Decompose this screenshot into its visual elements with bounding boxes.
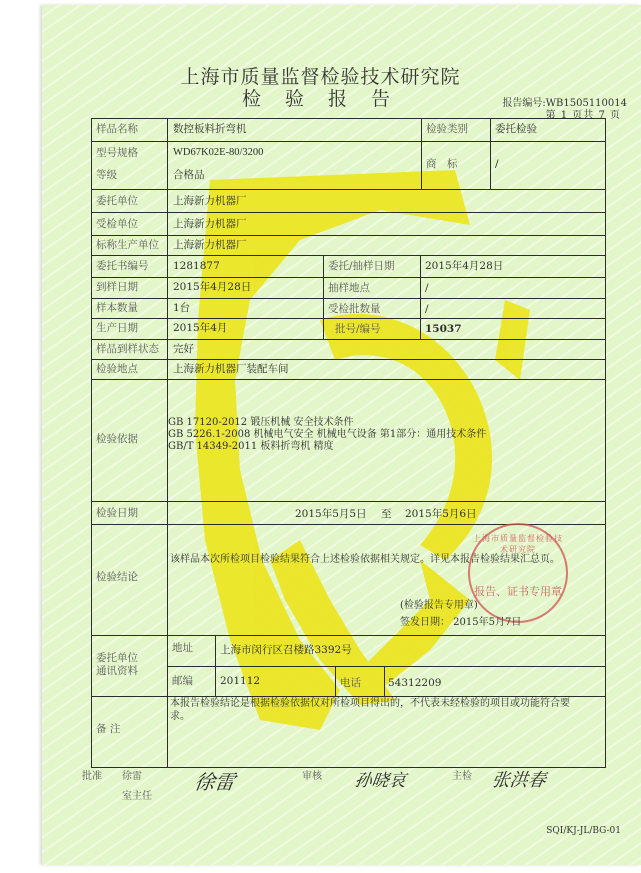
grade-label: 等级 <box>96 168 117 182</box>
review-label: 审核 <box>302 770 322 784</box>
inspected-unit-value: 上海新力机器厂 <box>173 217 247 231</box>
batch-qty-label: 受检批数量 <box>328 302 381 316</box>
sample-state-label: 样品到样状态 <box>96 342 159 356</box>
commission-no-label: 委托书编号 <box>96 259 149 273</box>
official-seal: 上海市质量监督检验技术研究院 报告、证书专用章 <box>468 523 568 623</box>
seal-center-text: 报告、证书专用章 <box>470 583 566 599</box>
remarks-text-2: 求。 <box>170 710 190 724</box>
test-date-label: 检验日期 <box>96 506 138 520</box>
manufacturer-label: 标称生产单位 <box>96 238 159 252</box>
reviewer-signature: 孙晓哀 <box>353 766 408 791</box>
test-date-from: 2015年5月5日 <box>295 507 367 521</box>
location-label: 检验地点 <box>96 362 138 376</box>
basis-item: GB 5226.1-2008 机械电气安全 机械电气设备 第1部分：通用技术条件 <box>168 429 486 441</box>
contact-label-1: 委托单位 <box>96 651 138 665</box>
approver-title: 室主任 <box>122 790 152 804</box>
sample-name-value: 数控板料折弯机 <box>173 122 247 136</box>
sample-name-label: 样品名称 <box>96 122 138 136</box>
approver-signature: 徐雷 <box>193 766 237 795</box>
inspection-type-value: 委托检验 <box>495 122 537 136</box>
contact-label-2: 通讯资料 <box>96 664 138 678</box>
client-label: 委托单位 <box>96 194 138 208</box>
test-date-to-word: 至 <box>381 507 392 521</box>
arrival-date-value: 2015年4月28日 <box>173 280 251 294</box>
phone-label: 电话 <box>340 676 361 690</box>
sample-state-value: 完好 <box>173 342 194 356</box>
batch-no-value: 15037 <box>425 322 462 336</box>
remarks-text: 本报告检验结论是根据检验依据仅对所检项目得出的，不代表未经检验的项目或功能符合要 <box>170 697 570 711</box>
production-date-label: 生产日期 <box>96 321 138 335</box>
location-value: 上海新力机器厂装配车间 <box>173 362 289 376</box>
model-value: WD67K02E-80/3200 <box>173 146 263 160</box>
sampling-place-value: / <box>425 281 429 295</box>
seal-caption: (检验报告专用章) <box>400 599 478 613</box>
model-label: 型号规格 <box>96 146 138 160</box>
sampling-place-label: 抽样地点 <box>328 281 370 295</box>
basis-item: GB 17120-2012 锻压机械 安全技术条件 <box>168 417 354 429</box>
phone-value: 54312209 <box>388 676 441 690</box>
client-value: 上海新力机器厂 <box>173 194 247 208</box>
chief-label: 主检 <box>452 770 472 784</box>
inspection-type-label: 检验类别 <box>426 122 468 136</box>
production-date-value: 2015年4月 <box>173 321 227 335</box>
form-code: SQI/KJ-JL/BG-01 <box>546 826 621 836</box>
inspected-unit-label: 受检单位 <box>96 217 138 231</box>
commission-no-value: 1281877 <box>173 259 220 273</box>
batch-qty-value: / <box>425 302 429 316</box>
address-label: 地址 <box>172 641 193 655</box>
manufacturer-value: 上海新力机器厂 <box>173 238 247 252</box>
grade-value: 合格品 <box>173 168 205 182</box>
test-date-to: 2015年5月6日 <box>405 507 477 521</box>
sample-qty-value: 1台 <box>173 301 190 315</box>
postcode-label: 邮编 <box>172 674 193 688</box>
approve-label: 批准 <box>82 770 102 784</box>
chief-signature: 张洪春 <box>490 766 548 792</box>
issue-date: 签发日期： 2015年5月7日 <box>400 616 521 630</box>
batch-no-label: 批号/编号 <box>335 322 381 336</box>
sample-qty-label: 样本数量 <box>96 301 138 315</box>
postcode-value: 201112 <box>220 674 260 688</box>
sampling-date-value: 2015年4月28日 <box>425 259 503 273</box>
trademark-value: / <box>495 157 499 171</box>
remarks-label: 备 注 <box>96 722 120 736</box>
basis-label: 检验依据 <box>96 432 138 446</box>
conclusion-label: 检验结论 <box>96 570 138 584</box>
sampling-date-label: 委托/抽样日期 <box>328 259 395 273</box>
basis-item: GB/T 14349-2011 板料折弯机 精度 <box>168 441 334 453</box>
address-value: 上海市闵行区召楼路3392号 <box>220 643 352 657</box>
arrival-date-label: 到样日期 <box>96 280 138 294</box>
trademark-label: 商 标 <box>426 157 458 171</box>
approver-name: 徐雷 <box>122 770 142 784</box>
